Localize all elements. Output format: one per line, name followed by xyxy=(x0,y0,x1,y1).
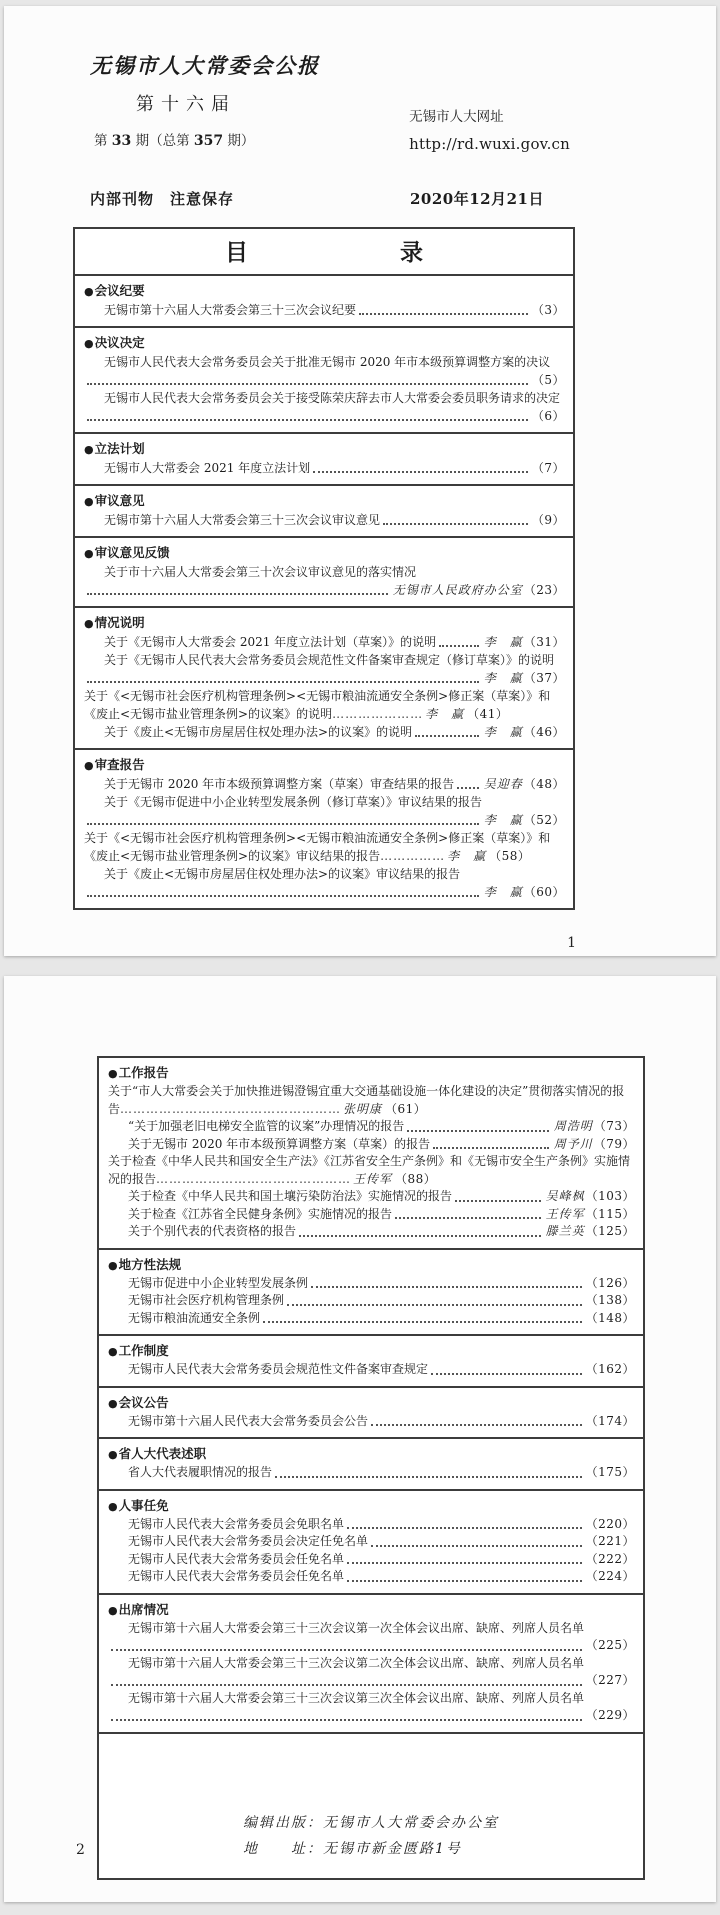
item-author: 李 赢 xyxy=(447,849,486,863)
bullet-icon: ● xyxy=(84,285,94,298)
section-title: 人事任免 xyxy=(119,1498,169,1513)
section-title: 审查报告 xyxy=(95,757,145,772)
issue-line: 第 33 期（总第 357 期） xyxy=(94,129,320,149)
section-title: 情况说明 xyxy=(95,615,145,630)
item-page-number: （126） xyxy=(586,1275,635,1293)
toc-section: ●审议意见反馈关于市十六届人大常委会第三十次会议审议意见的落实情况无锡市人民政府… xyxy=(75,536,573,606)
toc-item: 无锡市人大常委会 2021 年度立法计划（7） xyxy=(84,459,565,477)
toc-item: 关于《无锡市人民代表大会常务委员会规范性文件备案审查规定（修订草案）》的说明李 … xyxy=(84,651,565,687)
masthead: 无锡市人大常委会公报 第十六届 第 33 期（总第 357 期） 无锡市人大网址… xyxy=(4,6,716,158)
toc-item: 无锡市第十六届人大常委会第三十三次会议第二次全体会议出席、缺席、列席人员名单（2… xyxy=(108,1655,635,1690)
section-title: 审议意见 xyxy=(95,493,145,508)
toc-section: ●地方性法规无锡市促进中小企业转型发展条例（126）无锡市社会医疗机构管理条例（… xyxy=(99,1248,643,1335)
issue-suffix: 期） xyxy=(223,133,254,149)
item-author: 李 赢 xyxy=(484,633,523,651)
section-header: ●出席情况 xyxy=(108,1600,635,1620)
dot-leader xyxy=(439,645,479,647)
dot-leader xyxy=(347,1562,582,1564)
dot-leader xyxy=(299,1235,541,1237)
toc-item: 无锡市人民代表大会常务委员会任免名单（222） xyxy=(108,1551,635,1569)
dot-leader: …………… xyxy=(380,849,445,863)
toc-section: ●省人大代表述职省人大代表履职情况的报告（175） xyxy=(99,1437,643,1489)
session-line: 第十六届 xyxy=(136,90,320,116)
dot-leader xyxy=(87,419,528,421)
toc-item-leader-row: 李 赢（60） xyxy=(84,883,565,901)
item-title: 关于检查《江苏省全民健身条例》实施情况的报告 xyxy=(108,1206,392,1224)
dot-leader xyxy=(111,1719,582,1721)
dot-leader xyxy=(395,1217,541,1219)
item-title: 关于无锡市 2020 年市本级预算调整方案（草案）审查结果的报告 xyxy=(84,775,454,793)
item-page-number: （61） xyxy=(385,1102,426,1116)
item-title: 无锡市人大常委会 2021 年度立法计划 xyxy=(84,459,310,477)
item-page-number: （41） xyxy=(467,707,508,721)
item-title: 关于《废止<无锡市房屋居住权处理办法>的议案》审议结果的报告 xyxy=(84,865,565,883)
masthead-left: 无锡市人大常委会公报 第十六届 第 33 期（总第 357 期） xyxy=(90,50,320,158)
dot-leader xyxy=(383,523,528,525)
toc-item: “关于加强老旧电梯安全监管的议案”办理情况的报告周浩明（73） xyxy=(108,1118,635,1136)
toc-item: 无锡市促进中小企业转型发展条例（126） xyxy=(108,1275,635,1293)
section-title: 审议意见反馈 xyxy=(95,545,170,560)
toc-item: 无锡市第十六届人大常委会第三十三次会议第一次全体会议出席、缺席、列席人员名单（2… xyxy=(108,1620,635,1655)
notice-row: 内部刊物 注意保存 2020年12月21日 xyxy=(4,188,716,209)
section-header: ●工作报告 xyxy=(108,1063,635,1083)
item-page-number: （229） xyxy=(586,1707,635,1725)
publisher-lines: 编辑出版：无锡市人大常委会办公室 地 址：无锡市新金匮路1号 xyxy=(243,1810,499,1862)
item-author: 李 赢 xyxy=(484,883,523,901)
toc-section: ●会议公告无锡市第十六届人民代表大会常务委员会公告（174） xyxy=(99,1386,643,1438)
section-title: 会议公告 xyxy=(119,1395,169,1410)
dot-leader xyxy=(263,1321,582,1323)
issue-mid: 期（总第 xyxy=(131,133,194,149)
gazette-page-1: 无锡市人大常委会公报 第十六届 第 33 期（总第 357 期） 无锡市人大网址… xyxy=(4,6,716,956)
item-title: 关于个别代表的代表资格的报告 xyxy=(108,1223,296,1241)
section-header: ●会议公告 xyxy=(108,1393,635,1413)
dot-leader xyxy=(111,1684,582,1686)
dot-leader xyxy=(371,1424,582,1426)
item-page-number: （23） xyxy=(524,581,565,599)
item-author: 吴峰枫 xyxy=(546,1188,585,1206)
item-page-number: （225） xyxy=(586,1637,635,1655)
item-page-number: （224） xyxy=(586,1568,635,1586)
item-author: 张明康 xyxy=(343,1102,382,1116)
toc-item-leader-row: （6） xyxy=(84,407,565,425)
toc-item: 无锡市人民代表大会常务委员会关于接受陈荣庆辞去市人大常委会委员职务请求的决定（6… xyxy=(84,389,565,425)
toc-sections-page2: ●工作报告关于“市人大常委会关于加快推进锡澄锡宜重大交通基础设施一体化建设的决定… xyxy=(99,1058,643,1732)
publication-date: 2020年12月21日 xyxy=(410,188,544,209)
bullet-icon: ● xyxy=(84,617,94,630)
item-title: 无锡市第十六届人大常委会第三十三次会议审议意见 xyxy=(84,511,380,529)
item-page-number: （48） xyxy=(524,775,565,793)
toc-item: 关于《废止<无锡市房屋居住权处理办法>的议案》的说明李 赢（46） xyxy=(84,723,565,741)
document-canvas: 无锡市人大常委会公报 第十六届 第 33 期（总第 357 期） 无锡市人大网址… xyxy=(0,0,720,1915)
item-title: 无锡市第十六届人大常委会第三十三次会议第三次全体会议出席、缺席、列席人员名单 xyxy=(108,1690,635,1708)
toc-item: 关于“市人大常委会关于加快推进锡澄锡宜重大交通基础设施一体化建设的决定”贯彻落实… xyxy=(108,1083,635,1118)
issue-prefix: 第 xyxy=(94,133,112,149)
page-number-2: 2 xyxy=(76,1842,85,1858)
bullet-icon: ● xyxy=(108,1345,118,1358)
dot-leader xyxy=(313,471,528,473)
toc-item: 关于市十六届人大常委会第三十次会议审议意见的落实情况无锡市人民政府办公室（23） xyxy=(84,563,565,599)
dot-leader xyxy=(87,681,479,683)
toc-section: ●立法计划无锡市人大常委会 2021 年度立法计划（7） xyxy=(75,432,573,484)
dot-leader xyxy=(287,1304,582,1306)
section-title: 立法计划 xyxy=(95,441,145,456)
toc-section: ●审查报告关于无锡市 2020 年市本级预算调整方案（草案）审查结果的报告吴迎春… xyxy=(75,748,573,908)
section-header: ●会议纪要 xyxy=(84,281,565,301)
toc-section: ●工作报告关于“市人大常委会关于加快推进锡澄锡宜重大交通基础设施一体化建设的决定… xyxy=(99,1058,643,1248)
item-page-number: （5） xyxy=(532,371,565,389)
publisher-editor-line: 编辑出版：无锡市人大常委会办公室 xyxy=(243,1810,499,1836)
bullet-icon: ● xyxy=(108,1604,118,1617)
gazette-title: 无锡市人大常委会公报 xyxy=(90,50,320,80)
toc-section: ●审议意见无锡市第十六届人大常委会第三十三次会议审议意见（9） xyxy=(75,484,573,536)
toc-item: 无锡市第十六届人大常委会第三十三次会议纪要（3） xyxy=(84,301,565,319)
toc-item-leader-row: （227） xyxy=(108,1672,635,1690)
toc-item-leader-row: （229） xyxy=(108,1707,635,1725)
section-header: ●人事任免 xyxy=(108,1496,635,1516)
dot-leader xyxy=(433,1147,549,1149)
item-page-number: （174） xyxy=(586,1413,635,1431)
toc-section: ●工作制度无锡市人民代表大会常务委员会规范性文件备案审查规定（162） xyxy=(99,1334,643,1386)
bullet-icon: ● xyxy=(108,1500,118,1513)
section-title: 工作报告 xyxy=(119,1065,169,1080)
toc-item: 关于无锡市 2020 年市本级预算调整方案（草案）的报告周予川（79） xyxy=(108,1136,635,1154)
item-page-number: （6） xyxy=(532,407,565,425)
toc-item: 关于《<无锡市社会医疗机构管理条例><无锡市粮油流通安全条例>修正案（草案）》和… xyxy=(84,687,565,723)
dot-leader xyxy=(87,895,479,897)
section-header: ●审议意见 xyxy=(84,491,565,511)
toc-item-leader-row: （5） xyxy=(84,371,565,389)
item-author: 周予川 xyxy=(554,1136,593,1154)
toc-item-leader-row: 李 赢（37） xyxy=(84,669,565,687)
bullet-icon: ● xyxy=(84,337,94,350)
section-header: ●地方性法规 xyxy=(108,1255,635,1275)
item-author: 李 赢 xyxy=(425,707,464,721)
bullet-icon: ● xyxy=(108,1259,118,1272)
toc-title-char-left: 目 xyxy=(225,234,248,267)
toc-item: 关于个别代表的代表资格的报告滕兰英（125） xyxy=(108,1223,635,1241)
bullet-icon: ● xyxy=(84,547,94,560)
dot-leader xyxy=(311,1286,582,1288)
item-page-number: （115） xyxy=(586,1206,635,1224)
toc-section: ●人事任免无锡市人民代表大会常务委员会免职名单（220）无锡市人民代表大会常务委… xyxy=(99,1489,643,1593)
bullet-icon: ● xyxy=(108,1448,118,1461)
section-title: 会议纪要 xyxy=(95,283,145,298)
gazette-page-2: ●工作报告关于“市人大常委会关于加快推进锡澄锡宜重大交通基础设施一体化建设的决定… xyxy=(4,976,716,1902)
dot-leader xyxy=(87,823,479,825)
item-page-number: （227） xyxy=(586,1672,635,1690)
toc-item-leader-row: （225） xyxy=(108,1637,635,1655)
item-author: 无锡市人民政府办公室 xyxy=(393,581,523,599)
item-title: 关于《无锡市促进中小企业转型发展条例（修订草案）》审议结果的报告 xyxy=(84,793,565,811)
section-title: 工作制度 xyxy=(119,1343,169,1358)
item-page-number: （221） xyxy=(586,1533,635,1551)
item-title: 无锡市人民代表大会常务委员会免职名单 xyxy=(108,1516,344,1534)
dot-leader xyxy=(359,313,528,315)
item-title: 无锡市粮油流通安全条例 xyxy=(108,1310,260,1328)
dot-leader xyxy=(347,1580,582,1582)
dot-leader xyxy=(457,787,479,789)
dot-leader: ………………… xyxy=(332,707,423,721)
toc-section: ●会议纪要无锡市第十六届人大常委会第三十三次会议纪要（3） xyxy=(75,276,573,326)
toc-item: 关于检查《中华人民共和国安全生产法》《江苏省安全生产条例》和《无锡市安全生产条例… xyxy=(108,1153,635,1188)
toc-item: 无锡市人民代表大会常务委员会免职名单（220） xyxy=(108,1516,635,1534)
item-author: 王传军 xyxy=(546,1206,585,1224)
dot-leader xyxy=(371,1545,582,1547)
dot-leader xyxy=(275,1476,582,1478)
dot-leader xyxy=(111,1649,582,1651)
section-header: ●审查报告 xyxy=(84,755,565,775)
item-page-number: （7） xyxy=(532,459,565,477)
dot-leader: …………………………………………… xyxy=(120,1102,341,1116)
toc-item: 关于无锡市 2020 年市本级预算调整方案（草案）审查结果的报告吴迎春（48） xyxy=(84,775,565,793)
toc-box-page1: 目 录 ●会议纪要无锡市第十六届人大常委会第三十三次会议纪要（3）●决议决定无锡… xyxy=(73,227,575,910)
toc-item: 无锡市人民代表大会常务委员会规范性文件备案审查规定（162） xyxy=(108,1361,635,1379)
item-title: 无锡市第十六届人大常委会第三十三次会议第一次全体会议出席、缺席、列席人员名单 xyxy=(108,1620,635,1638)
toc-box-page2: ●工作报告关于“市人大常委会关于加快推进锡澄锡宜重大交通基础设施一体化建设的决定… xyxy=(97,1056,645,1880)
toc-item: 关于检查《中华人民共和国土壤污染防治法》实施情况的报告吴峰枫（103） xyxy=(108,1188,635,1206)
item-title: 无锡市人民代表大会常务委员会任免名单 xyxy=(108,1568,344,1586)
item-page-number: （138） xyxy=(586,1292,635,1310)
item-title: 关于《废止<无锡市房屋居住权处理办法>的议案》的说明 xyxy=(84,723,412,741)
toc-item: 关于检查《江苏省全民健身条例》实施情况的报告王传军（115） xyxy=(108,1206,635,1224)
toc-item: 关于《无锡市促进中小企业转型发展条例（修订草案）》审议结果的报告李 赢（52） xyxy=(84,793,565,829)
dot-leader xyxy=(415,735,479,737)
toc-section: ●出席情况无锡市第十六届人大常委会第三十三次会议第一次全体会议出席、缺席、列席人… xyxy=(99,1593,643,1732)
dot-leader xyxy=(431,1373,582,1375)
item-page-number: （52） xyxy=(524,811,565,829)
section-header: ●工作制度 xyxy=(108,1341,635,1361)
section-header: ●省人大代表述职 xyxy=(108,1444,635,1464)
item-author: 滕兰英 xyxy=(546,1223,585,1241)
section-title: 地方性法规 xyxy=(119,1257,182,1272)
toc-item-leader-row: 无锡市人民政府办公室（23） xyxy=(84,581,565,599)
section-header: ●立法计划 xyxy=(84,439,565,459)
publisher-address-line: 地 址：无锡市新金匮路1号 xyxy=(243,1836,499,1862)
dot-leader xyxy=(407,1130,548,1132)
item-page-number: （79） xyxy=(594,1136,635,1154)
item-title: 无锡市人民代表大会常务委员会关于接受陈荣庆辞去市人大常委会委员职务请求的决定 xyxy=(84,389,565,407)
toc-item: 关于《<无锡市社会医疗机构管理条例><无锡市粮油流通安全条例>修正案（草案）》和… xyxy=(84,829,565,865)
item-author: 李 赢 xyxy=(484,669,523,687)
item-title: 无锡市人民代表大会常务委员会决定任免名单 xyxy=(108,1533,368,1551)
toc-section: ●情况说明关于《无锡市人大常委会 2021 年度立法计划（草案）》的说明李 赢（… xyxy=(75,606,573,748)
page-number-1: 1 xyxy=(567,935,576,951)
item-title: 无锡市人民代表大会常务委员会任免名单 xyxy=(108,1551,344,1569)
website-label: 无锡市人大网址 xyxy=(409,104,570,131)
dot-leader xyxy=(87,593,388,595)
dot-leader xyxy=(455,1200,541,1202)
item-title: “关于加强老旧电梯安全监管的议案”办理情况的报告 xyxy=(108,1118,404,1136)
toc-sections-page1: ●会议纪要无锡市第十六届人大常委会第三十三次会议纪要（3）●决议决定无锡市人民代… xyxy=(75,276,573,908)
item-title: 无锡市人民代表大会常务委员会规范性文件备案审查规定 xyxy=(108,1361,428,1379)
section-header: ●决议决定 xyxy=(84,333,565,353)
item-page-number: （220） xyxy=(586,1516,635,1534)
item-title: 无锡市人民代表大会常务委员会关于批准无锡市 2020 年市本级预算调整方案的决议 xyxy=(84,353,565,371)
item-page-number: （3） xyxy=(532,301,565,319)
item-page-number: （162） xyxy=(586,1361,635,1379)
toc-item: 关于《废止<无锡市房屋居住权处理办法>的议案》审议结果的报告李 赢（60） xyxy=(84,865,565,901)
dot-leader xyxy=(87,383,528,385)
bullet-icon: ● xyxy=(84,443,94,456)
item-title: 关于检查《中华人民共和国土壤污染防治法》实施情况的报告 xyxy=(108,1188,452,1206)
toc-item: 无锡市人民代表大会常务委员会决定任免名单（221） xyxy=(108,1533,635,1551)
bullet-icon: ● xyxy=(84,495,94,508)
item-page-number: （222） xyxy=(586,1551,635,1569)
item-title: 关于市十六届人大常委会第三十次会议审议意见的落实情况 xyxy=(84,563,565,581)
toc-item: 无锡市粮油流通安全条例（148） xyxy=(108,1310,635,1328)
item-title: 无锡市社会医疗机构管理条例 xyxy=(108,1292,284,1310)
toc-section: ●决议决定无锡市人民代表大会常务委员会关于批准无锡市 2020 年市本级预算调整… xyxy=(75,326,573,432)
item-title: 无锡市促进中小企业转型发展条例 xyxy=(108,1275,308,1293)
section-header: ●情况说明 xyxy=(84,613,565,633)
item-page-number: （31） xyxy=(524,633,565,651)
section-header: ●审议意见反馈 xyxy=(84,543,565,563)
toc-title: 目 录 xyxy=(75,229,573,276)
item-author: 吴迎春 xyxy=(484,775,523,793)
internal-publication-notice: 内部刊物 注意保存 xyxy=(90,188,234,209)
issue-total-number: 357 xyxy=(194,133,223,149)
item-author: 王传军 xyxy=(353,1172,392,1186)
toc-item: 无锡市第十六届人大常委会第三十三次会议审议意见（9） xyxy=(84,511,565,529)
item-author: 周浩明 xyxy=(554,1118,593,1136)
item-page-number: （88） xyxy=(395,1172,436,1186)
item-title: 无锡市第十六届人大常委会第三十三次会议第二次全体会议出席、缺席、列席人员名单 xyxy=(108,1655,635,1673)
toc-item: 关于《无锡市人大常委会 2021 年度立法计划（草案）》的说明李 赢（31） xyxy=(84,633,565,651)
item-title: 无锡市第十六届人大常委会第三十三次会议纪要 xyxy=(84,301,356,319)
item-page-number: （60） xyxy=(524,883,565,901)
website-url: http://rd.wuxi.gov.cn xyxy=(409,131,570,158)
item-page-number: （103） xyxy=(586,1188,635,1206)
item-author: 李 赢 xyxy=(484,811,523,829)
item-page-number: （37） xyxy=(524,669,565,687)
toc-item: 无锡市社会医疗机构管理条例（138） xyxy=(108,1292,635,1310)
item-title: 无锡市第十六届人民代表大会常务委员会公告 xyxy=(108,1413,368,1431)
toc-item: 无锡市人民代表大会常务委员会任免名单（224） xyxy=(108,1568,635,1586)
issue-number: 33 xyxy=(112,133,131,149)
toc-item-leader-row: 李 赢（52） xyxy=(84,811,565,829)
item-page-number: （58） xyxy=(489,849,530,863)
section-title: 省人大代表述职 xyxy=(119,1446,207,1461)
item-title: 关于《无锡市人大常委会 2021 年度立法计划（草案）》的说明 xyxy=(84,633,436,651)
publisher-section: 编辑出版：无锡市人大常委会办公室 地 址：无锡市新金匮路1号 xyxy=(99,1732,643,1878)
toc-item: 无锡市第十六届人民代表大会常务委员会公告（174） xyxy=(108,1413,635,1431)
bullet-icon: ● xyxy=(84,759,94,772)
item-page-number: （73） xyxy=(594,1118,635,1136)
item-page-number: （46） xyxy=(524,723,565,741)
item-author: 李 赢 xyxy=(484,723,523,741)
item-page-number: （125） xyxy=(586,1223,635,1241)
bullet-icon: ● xyxy=(108,1067,118,1080)
toc-title-char-right: 录 xyxy=(400,234,423,267)
bullet-icon: ● xyxy=(108,1397,118,1410)
masthead-right: 无锡市人大网址 http://rd.wuxi.gov.cn xyxy=(409,104,570,158)
dot-leader xyxy=(347,1527,582,1529)
toc-item: 无锡市人民代表大会常务委员会关于批准无锡市 2020 年市本级预算调整方案的决议… xyxy=(84,353,565,389)
toc-item: 无锡市第十六届人大常委会第三十三次会议第三次全体会议出席、缺席、列席人员名单（2… xyxy=(108,1690,635,1725)
dot-leader: ……………………………………… xyxy=(156,1172,351,1186)
item-title: 省人大代表履职情况的报告 xyxy=(108,1464,272,1482)
item-page-number: （175） xyxy=(586,1464,635,1482)
section-title: 决议决定 xyxy=(95,335,145,350)
item-title: 关于无锡市 2020 年市本级预算调整方案（草案）的报告 xyxy=(108,1136,430,1154)
toc-item: 省人大代表履职情况的报告（175） xyxy=(108,1464,635,1482)
item-title: 关于《无锡市人民代表大会常务委员会规范性文件备案审查规定（修订草案）》的说明 xyxy=(84,651,565,669)
item-page-number: （148） xyxy=(586,1310,635,1328)
section-title: 出席情况 xyxy=(119,1602,169,1617)
item-page-number: （9） xyxy=(532,511,565,529)
